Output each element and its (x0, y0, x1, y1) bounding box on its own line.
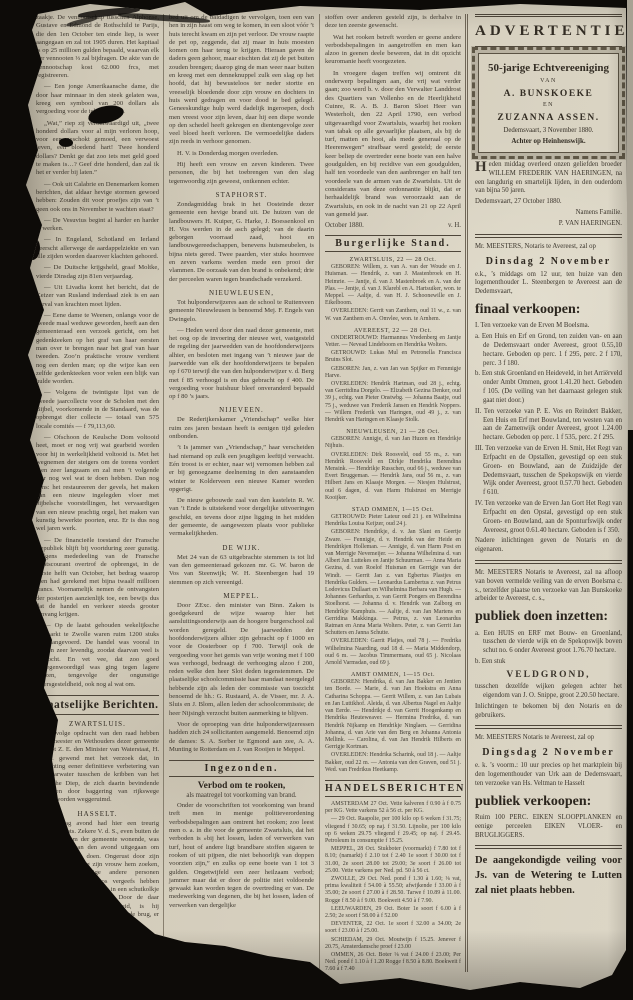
section-header-handelsberichten: HANDELSBERICHTEN. (325, 780, 461, 797)
registry-entry: GEBOREN: Hendrika, d. van Jan Bakker en … (325, 679, 461, 751)
anniversary-name-2: ZUZANNA ASSEN. (483, 112, 614, 124)
anniversary-title: 50-jarige Echtvereeniging (483, 61, 614, 75)
auction1-heading: finaal verkoopen: (475, 301, 622, 319)
auction1-item: II. Ten verzoeke van P. E. Vos en Reinde… (475, 408, 622, 443)
letter-signature: October 1880. v. H. (325, 222, 461, 229)
registry-entry: ONDERTROUWD: Harmannus Vredenberg en Jan… (325, 335, 461, 349)
registry-place: ZWARTSLUIS, 22 — 28 Oct. (325, 256, 461, 263)
advertentien-header: ADVERTENTIEN. (475, 14, 622, 47)
market-report: ZWOLLE, 29 Oct. Ned. pond f 1.30 à 1.60;… (325, 876, 461, 905)
registry-entry: OVERLEDEN: Dirk Roosveld, oud 55 m., z. … (325, 452, 461, 502)
anniversary-name-1: A. BUNSKOEKE (483, 88, 614, 100)
column-local-news: bed uit om de baldadigen te vervolgen, t… (163, 14, 319, 972)
place-header-nieuwleusen: NIEUWLEUSEN, (169, 289, 314, 297)
news-paragraph: — Op de laatst gehouden wekelijksche vee… (36, 622, 159, 688)
auction3-body: Ruim 100 PERC. EIKEN SLOOPPLANKEN en een… (475, 814, 622, 840)
auction1-date: Dinsdag 2 November (475, 255, 622, 268)
ad-divider (475, 845, 622, 849)
letter-subtitle: als maatregel tot voorkoming van brand. (169, 792, 314, 799)
news-paragraph: „Wat,” riep zij verontwaardigd uit, „twe… (36, 120, 159, 178)
local-news-paragraph: Door ZExc. den minister van Binn. Zaken … (169, 602, 314, 718)
place-header-hasselt: HASSELT. (36, 810, 159, 818)
death-notice-text: eden middag overleed onzen geliefden bro… (475, 161, 622, 194)
letter-paragraph: Onder de voorschriften tot voorkoming va… (169, 802, 314, 910)
veldgrond-title: VELDGROND, (475, 669, 622, 681)
local-news-paragraph: De nieuw gebouwde zaal van den kastelein… (169, 497, 314, 538)
news-paragraph: Hij heeft een vrouw en zeven kinderen. T… (169, 161, 314, 186)
news-paragraph: — De financieële toestand der Fransche R… (36, 537, 159, 620)
local-news-paragraph: Zondagmiddag brak in het Oosteinde dezer… (169, 201, 314, 284)
registry-stad-ommen: STAD OMMEN, 1—15 Oct. GETROUWD: Pieter L… (325, 506, 461, 667)
place-header-meppel: MEPPEL. (169, 592, 314, 600)
section-header-burgerlijke-stand: Burgerlijke Stand. (325, 235, 461, 252)
market-report: MEPPEL, 28 Oct. Stukboter (voormarkt) f … (325, 846, 461, 875)
ad-divider (475, 560, 622, 564)
market-report: OMMEN, 26 Oct. Boter ⅛ vat f 24.00 f 23.… (325, 952, 461, 972)
news-paragraph: — De Duitsche krijgsheld, graaf Moltke, … (36, 264, 159, 281)
cancellation-notice: De aangekondigde veiling voor Js. van de… (475, 854, 622, 898)
place-header-ambt-vollenhove: AMBT VOLLENHOVE. (36, 932, 159, 940)
registry-entry: OVERLEDEN: Hendrika Scharink, oud 18 j. … (325, 752, 461, 774)
auction1-item: I. Ten verzoeke van de Erven M Boelsma. (475, 322, 622, 331)
local-news-paragraph: Voor de oproeping van drie hulponderwijz… (169, 721, 314, 754)
news-paragraph: — Eene dame te Weenen, onlangs voor de t… (36, 312, 159, 387)
auction3-date: Dingsdag 2 November (475, 746, 622, 759)
anniversary-location: Achter op Heinhenswijk. (483, 137, 614, 146)
registry-avereest: AVEREEST, 22 — 28 Oct. ONDERTROUWD: Harm… (325, 327, 461, 424)
registry-entry: GEBOREN: Annigje, d. van Jan Huzen en He… (325, 436, 461, 450)
auction-ad-1: Mr. MEESTERS, Notaris te Avereest, zal o… (475, 243, 622, 555)
letter-paragraph: In vroegere dagen treffen wij omtrent di… (325, 70, 461, 219)
anniversary-van: VAN (483, 78, 614, 86)
news-paragraph: — In Engeland, Schotland en Ierland heer… (36, 236, 159, 261)
letter-paragraph: stoffen over anderen gesteld zijn, is de… (325, 14, 461, 31)
auction2-item: tusschen dezelfde wijken gelegen achter … (475, 683, 622, 701)
death-notice-sig1: Namens Familie. (475, 209, 622, 218)
local-news-paragraph: Maandag-nacht ruim 12 ure, heeft hier ee… (36, 942, 159, 972)
auction1-item: IV. Ten verzoeke van de Erven Jan Gort H… (475, 500, 622, 535)
auction2-item: a. Een HUIS en ERF met Bouw- en Groenlan… (475, 630, 622, 656)
auction1-item: III. Ten verzoeke van de Erven H. Smit, … (475, 445, 622, 498)
registry-entry: OVERLEDEN: Gerrit van Zanthem, oud 11 w.… (325, 308, 461, 322)
ink-blot (31, 698, 41, 714)
registry-nieuwleusen: NIEUWLEUSEN, 21 — 28 Oct. GEBOREN: Annig… (325, 428, 461, 502)
signature-initials: v. H. (448, 222, 461, 229)
local-news-paragraph: Ingevolge opdracht van den raad hebben B… (36, 730, 159, 805)
dropcap: H (475, 161, 489, 173)
section-header-ingezonden: Ingezonden. (169, 760, 314, 777)
ad-divider (475, 725, 622, 729)
ad-divider (475, 234, 622, 238)
anniversary-ad: 50-jarige Echtvereeniging VAN A. BUNSKOE… (478, 53, 619, 154)
auction3-heading: publiek verkoopen: (475, 793, 622, 811)
local-news-paragraph: Met 24 van de 63 uitgebrachte stemmen is… (169, 554, 314, 587)
registry-place: STAD OMMEN, 1—15 Oct. (325, 506, 461, 513)
auction2-item: b. Een stuk (475, 658, 622, 667)
auction3-intro: Mr. MEESTERS Notaris te Avereest, zal op (475, 734, 622, 743)
auction1-footer: Nadere inlichtingen geven de Notaris en … (475, 537, 622, 555)
registry-entry: GETROUWD: Lukas Mul en Petronella Franci… (325, 350, 461, 364)
death-notice-ad: Heden middag overleed onzen geliefden br… (475, 161, 622, 229)
registry-place: NIEUWLEUSEN, 21 — 28 Oct. (325, 428, 461, 435)
column-layout: zaakje. De vennootschap tusschen Alphons… (36, 14, 626, 972)
letter-title: Verbod om te rooken, (169, 781, 314, 791)
adjacent-page-edge (627, 0, 633, 430)
place-header-nijeveen: NIJEVEEN. (169, 406, 314, 414)
place-header-staphorst: STAPHORST. (169, 191, 314, 199)
column-advertisements: ADVERTENTIEN. 50-jarige Echtvereeniging … (465, 14, 626, 972)
registry-place: AMBT OMMEN, 1—15 Oct. (325, 671, 461, 678)
local-news-paragraph: Woensdag avond had hier een treurig onge… (36, 820, 159, 928)
registry-entry: GEBOREN: Willem, z. van A. van der Woude… (325, 264, 461, 307)
auction3-intro2: e. k. ’s voorm.: 10 uur precies op het m… (475, 762, 622, 788)
auction2-footer: Inlichtingen te bekomen bij den Notaris … (475, 703, 622, 721)
news-paragraph: — Ofschoon de Keulsche Dom voltooid heet… (36, 434, 159, 534)
local-news-paragraph: De Rederijkerskamer „Vriendschap” welke … (169, 416, 314, 441)
auction-ad-2: Mr. MEESTERS Notaris te Avereest, zal na… (475, 569, 622, 720)
market-report: LEEUWARDEN, 29 Oct. Boter 1e soort f 6.0… (325, 906, 461, 920)
registry-ambt-ommen: AMBT OMMEN, 1—15 Oct. GEBOREN: Hendrika,… (325, 671, 461, 774)
scanned-newspaper-screenshot: { "meta": { "paper_color": "#d5cebd", "i… (0, 0, 633, 1000)
news-paragraph: — Volgens de twintigste lijst van de twe… (36, 389, 159, 430)
registry-place: AVEREEST, 22 — 28 Oct. (325, 327, 461, 334)
auction2-intro: Mr. MEESTERS Notaris te Avereest, zal na… (475, 569, 622, 604)
news-paragraph: — Uit Livadia komt het bericht, dat de K… (36, 284, 159, 309)
auction-ad-3: Mr. MEESTERS Notaris te Avereest, zal op… (475, 734, 622, 840)
letter-paragraph: Wat het rooken betreft worden er geene a… (325, 34, 461, 67)
column-registry: stoffen over anderen gesteld zijn, is de… (319, 14, 465, 972)
newspaper-sheet: zaakje. De vennootschap tusschen Alphons… (0, 0, 633, 1000)
place-header-zwartsluis: ZWARTSLUIS. (36, 720, 159, 728)
anniversary-date: Dedemsvaart, 3 November 1880. (483, 127, 614, 136)
signature-date: October 1880. (325, 222, 364, 229)
news-paragraph: bed uit om de baldadigen te vervolgen, t… (169, 14, 314, 147)
registry-entry: GETROUWD: Pieter Lateur oud 21 j. en Wil… (325, 514, 461, 528)
news-paragraph: H. V. is Donderdag morgen overleden. (169, 150, 314, 158)
registry-entry: OVERLEDEN: Hendrik Hartman, oud 28 j., e… (325, 381, 461, 424)
place-header-de-wijk: DE WIJK. (169, 544, 314, 552)
market-report: — 29 Oct. Raapolie, per 100 kilo op 6 we… (325, 816, 461, 845)
death-notice-date: Dedemsvaart, 27 October 1880. (475, 198, 622, 207)
news-paragraph: zaakje. De vennootschap tusschen Alphons… (36, 14, 159, 80)
registry-entry: OVERLEDEN: Garrit Platjes, oud 78 j. — F… (325, 638, 461, 667)
auction1-intro2: e.k., ’s middags om 12 uur, ten huize va… (475, 271, 622, 297)
auction1-intro: Mr. MEESTERS, Notaris te Avereest, zal o… (475, 243, 622, 252)
registry-zwartsluis: ZWARTSLUIS, 22 — 28 Oct. GEBOREN: Willem… (325, 256, 461, 323)
market-report: DEVENTER, 22 Oct. 1e soort f 32.00 a 34.… (325, 921, 461, 935)
column-news: zaakje. De vennootschap tusschen Alphons… (36, 14, 163, 972)
registry-entry: GEBOREN: Hendrikje, d. v. Jan Slant en G… (325, 529, 461, 637)
registry-entry: GEBOREN: Jan, z. van Jan van Spijker en … (325, 366, 461, 380)
local-news-paragraph: ’t Is jammer van „Vriendschap,” haar ver… (169, 444, 314, 494)
news-paragraph: — De Vesuvius begint al harder en harder… (36, 217, 159, 234)
market-report: AMSTERDAM 27 Oct. Vette kalveren f 0.90 … (325, 801, 461, 815)
market-report: SCHIEDAM, 29 Oct. Moutwijn f 15.25. Jene… (325, 937, 461, 951)
anniversary-en: EN (483, 102, 614, 110)
death-notice-sig2: P. VAN HAERINGEN. (475, 220, 622, 229)
section-header-plaatselijke-berichten: Plaatselijke Berichten. (36, 695, 159, 715)
auction2-heading: publiek doen inzetten: (475, 608, 622, 626)
auction1-subitem: b. Een stuk Groenland en Heideveld, in h… (475, 370, 622, 405)
death-notice-body: Heden middag overleed onzen geliefden br… (475, 161, 622, 196)
auction1-subitem: a. Een Huis en Erf en Grond, ten zuiden … (475, 333, 622, 368)
local-news-paragraph: Tot hulponderwijzeres aan de school te R… (169, 299, 314, 324)
news-paragraph: — Ook uit Calabrie en Denemarken komen b… (36, 181, 159, 214)
local-news-paragraph: — Heden werd door den raad dezer gemeent… (169, 327, 314, 402)
